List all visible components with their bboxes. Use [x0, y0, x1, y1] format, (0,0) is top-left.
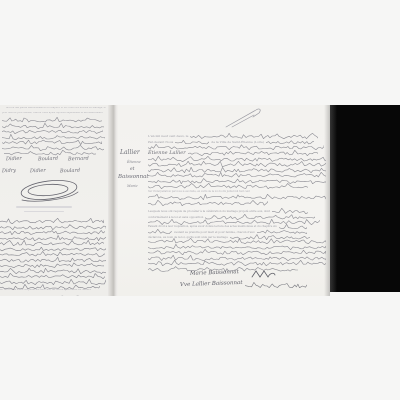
margin-note-given2: Marie	[127, 185, 138, 189]
signature: Didier	[30, 169, 46, 175]
printed-fragment: Lesquels nous ont requis de procéder à l…	[148, 210, 270, 213]
handwriting-line	[4, 150, 96, 156]
handwriting-line	[4, 294, 82, 296]
signature-row: Marie Baissonnat	[190, 271, 277, 277]
signature-scribble	[245, 282, 307, 288]
stamp-mark	[24, 211, 64, 213]
printed-fragment: conformément à la loi et sans opposition	[148, 216, 203, 219]
margin-note-conj: et	[130, 168, 134, 173]
printed-line: pour mari et pour femme, chacun d'eux ay…	[2, 112, 106, 114]
signature: Vve Lallier Baissonnat	[180, 281, 243, 289]
signature: Didry	[2, 169, 16, 174]
pen-flourish	[16, 176, 82, 204]
handwriting-line	[148, 200, 268, 206]
left-page: lecture des pièces mentionnées et du cha…	[0, 105, 108, 296]
printed-fragment: Sur l'interpellation par nous à eux fait…	[148, 191, 250, 193]
signature: Bernard	[68, 157, 89, 163]
handwriting-line	[0, 284, 100, 290]
handwriting-line	[148, 144, 324, 150]
margin-note-given1: Étienne	[127, 161, 141, 165]
printed-fragment: Faisant droit à leur réquisition, après …	[148, 226, 277, 229]
handwriting-line	[148, 219, 320, 225]
handwriting-line	[148, 266, 298, 272]
right-page: Lallier Étienne et Baissonnat Marie L'an…	[118, 105, 330, 296]
film-edge	[330, 105, 400, 292]
margin-note-surname2: Baissonnat	[118, 175, 149, 181]
pen-paraph-icon	[224, 105, 266, 129]
handwriting-line	[148, 183, 308, 189]
printed-line: lecture des pièces mentionnées et du cha…	[6, 107, 106, 109]
scan-image: lecture des pièces mentionnées et du cha…	[0, 105, 400, 296]
signature: Boulard	[60, 169, 80, 175]
scanned-register-view: lecture des pièces mentionnées et du cha…	[0, 0, 400, 400]
signature-row: Vve Lallier Baissonnat	[180, 282, 307, 288]
margin-note-surname1: Lallier	[120, 150, 140, 156]
printed-fragment: L'an mil neuf cent deux, le	[148, 135, 188, 138]
signature: Boulard	[38, 157, 58, 163]
stamp-mark	[16, 206, 72, 208]
signature: Didier	[6, 157, 22, 163]
page-gutter	[108, 105, 118, 296]
printed-fragment: veulent se prendre pour mari et pour fem…	[174, 231, 255, 234]
